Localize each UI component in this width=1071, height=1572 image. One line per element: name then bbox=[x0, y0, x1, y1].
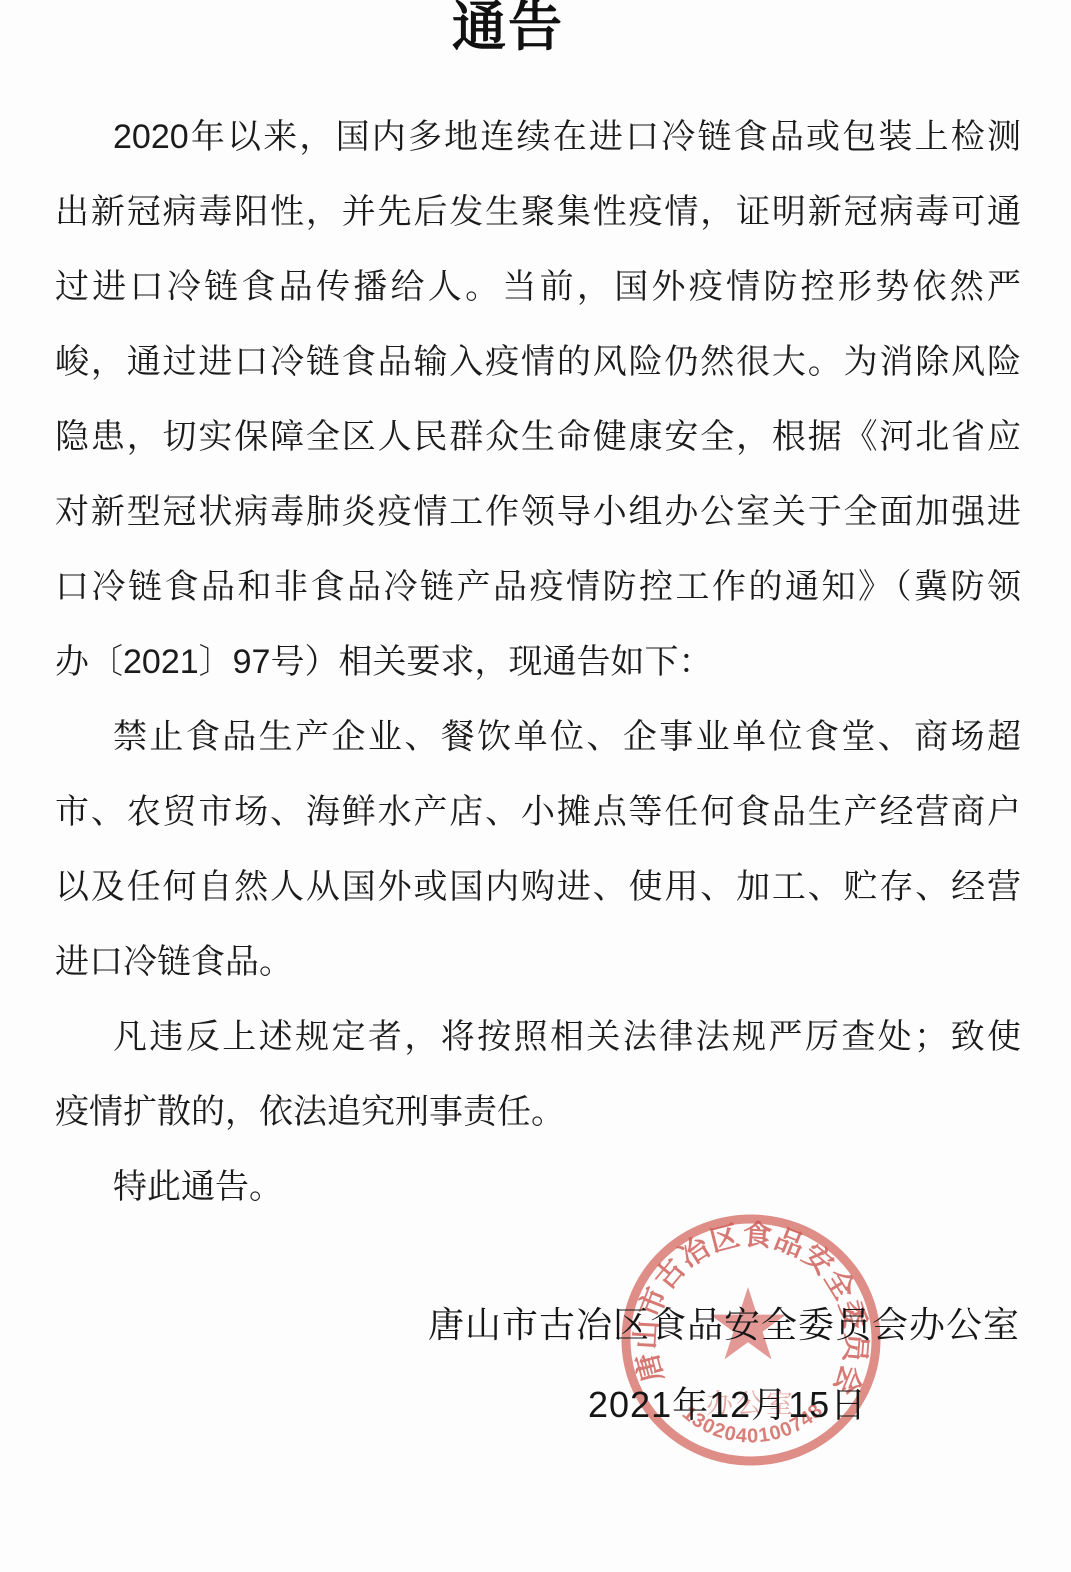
body-line: 出新冠病毒阳性，并先后发生聚集性疫情，证明新冠病毒可通 bbox=[55, 175, 1021, 250]
body-line: 隐患，切实保障全区人民群众生命健康安全，根据《河北省应 bbox=[55, 400, 1021, 475]
body-line: 2020年以来，国内多地连续在进口冷链食品或包装上检测 bbox=[55, 100, 1021, 175]
body-line: 进口冷链食品。 bbox=[55, 925, 1021, 1000]
notice-body: 2020年以来，国内多地连续在进口冷链食品或包装上检测出新冠病毒阳性，并先后发生… bbox=[55, 100, 1021, 1225]
body-line: 对新型冠状病毒肺炎疫情工作领导小组办公室关于全面加强进 bbox=[55, 475, 1021, 550]
signature-office: 唐山市古冶区食品安全委员会办公室 bbox=[428, 1303, 1020, 1347]
body-line: 疫情扩散的，依法追究刑事责任。 bbox=[55, 1075, 1021, 1150]
body-line: 过进口冷链食品传播给人。当前，国外疫情防控形势依然严 bbox=[55, 250, 1021, 325]
body-line: 以及任何自然人从国外或国内购进、使用、加工、贮存、经营 bbox=[55, 850, 1021, 925]
body-line: 峻，通过进口冷链食品输入疫情的风险仍然很大。为消除风险 bbox=[55, 325, 1021, 400]
notice-page: 通告 2020年以来，国内多地连续在进口冷链食品或包装上检测出新冠病毒阳性，并先… bbox=[0, 0, 1071, 1572]
signature-date: 2021年12月15日 bbox=[588, 1383, 867, 1427]
body-line: 口冷链食品和非食品冷链产品疫情防控工作的通知》（冀防领 bbox=[55, 550, 1021, 625]
body-line: 市、农贸市场、海鲜水产店、小摊点等任何食品生产经营商户 bbox=[55, 775, 1021, 850]
body-line: 禁止食品生产企业、餐饮单位、企事业单位食堂、商场超 bbox=[55, 700, 1021, 775]
body-line: 办〔2021〕97号）相关要求，现通告如下： bbox=[55, 625, 1021, 700]
body-line: 凡违反上述规定者，将按照相关法律法规严厉查处；致使 bbox=[55, 1000, 1021, 1075]
page-title: 通告 bbox=[0, 0, 1016, 60]
